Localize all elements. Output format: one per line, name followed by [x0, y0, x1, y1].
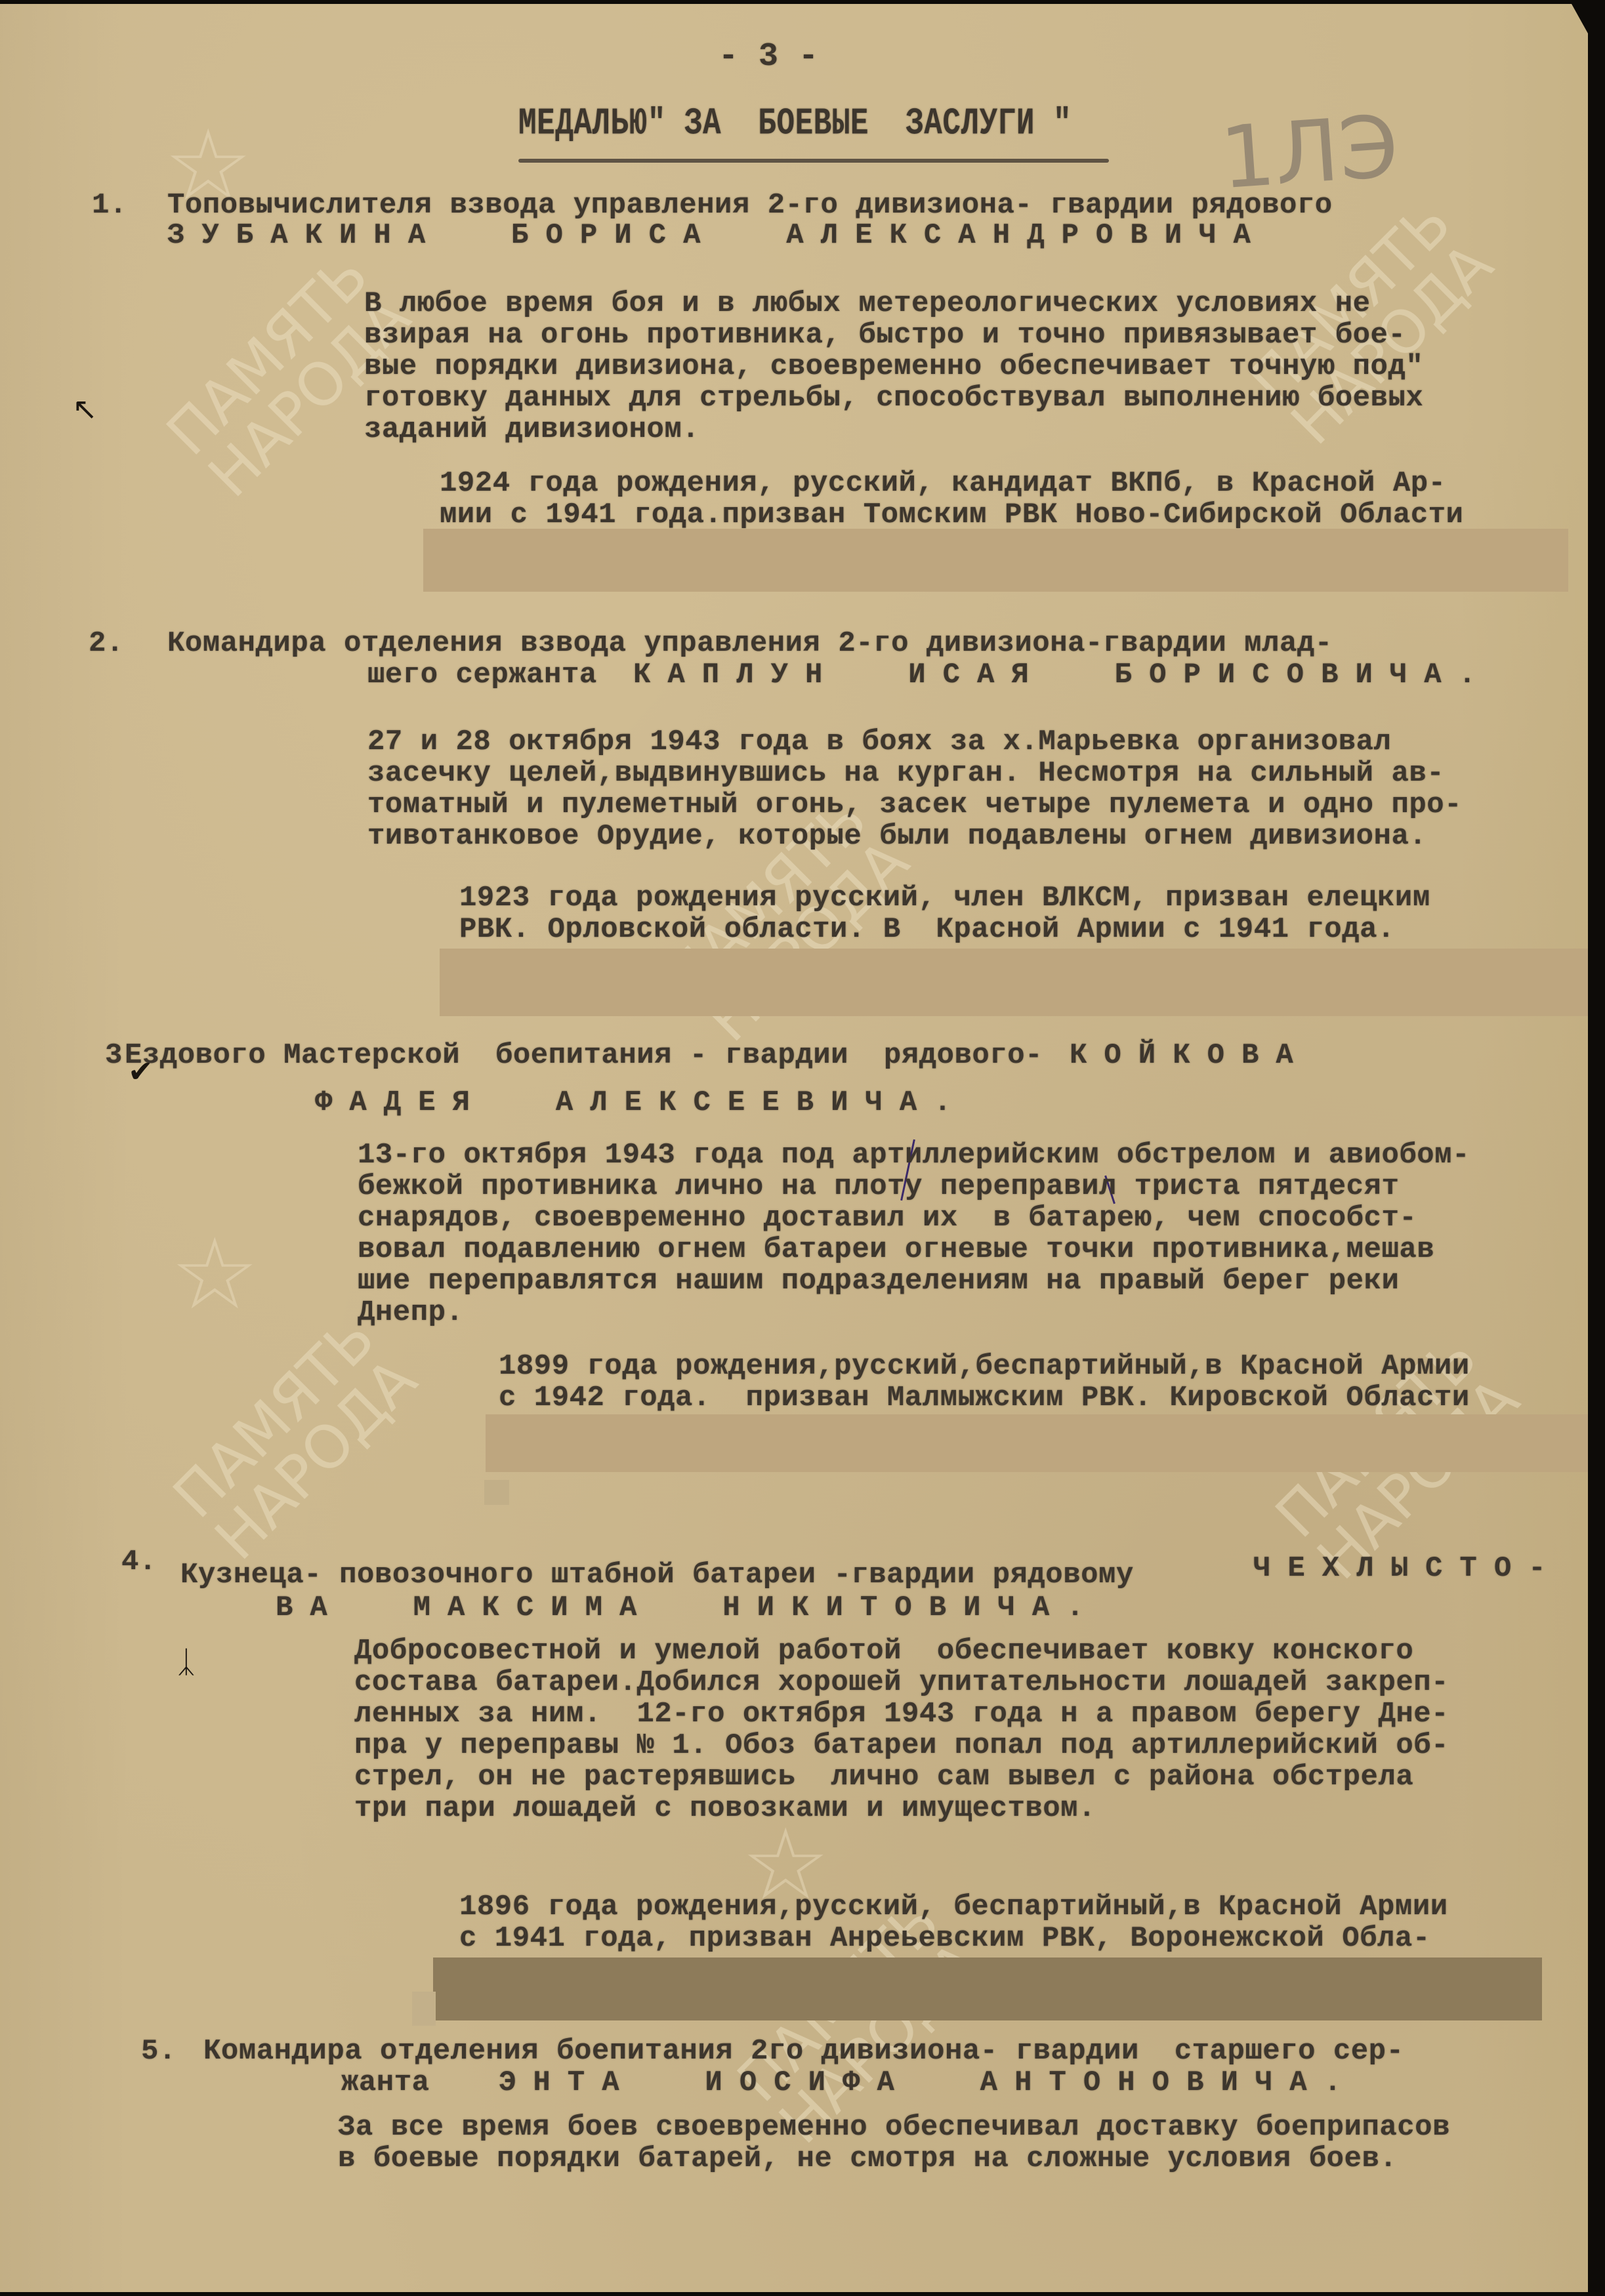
redaction-bar [423, 529, 1568, 592]
redaction-bar [486, 1414, 1588, 1472]
document-page: ☆ ПАМЯТЬ НАРОДА ПАМЯТЬ НАРОДА ПАМЯТЬ НАР… [0, 4, 1588, 2292]
entry-number: 4. [121, 1546, 157, 1578]
entry-name: ЭНТА ИОСИФА АНТОНОВИЧА. [499, 2066, 1358, 2099]
entry-number: 5. [141, 2035, 177, 2068]
entry-name-line1: КОЙКОВА [1070, 1039, 1310, 1072]
watermark-star-icon: ☆ [171, 1218, 259, 1332]
entry-name: КАПЛУН ИСАЯ БОРИСОВИЧА. [633, 659, 1493, 691]
redaction-bar [433, 1958, 1542, 2020]
redaction-bar [484, 1480, 509, 1505]
entry-rank: Командира отделения взвода управления 2-… [167, 627, 1333, 660]
entry-name: ФАДЕЯ АЛЕКСЕЕВИЧА. [315, 1086, 969, 1119]
entry-rank: Командира отделения боепитания 2го дивиз… [203, 2035, 1404, 2068]
redaction-bar [440, 949, 1588, 1016]
margin-mark: ↖ [72, 391, 98, 426]
entry-number: 3 [105, 1039, 123, 1072]
redaction-bar [412, 1992, 436, 2026]
entry-name: ЗУБАКИНА БОРИСА АЛЕКСАНДРОВИЧА [167, 219, 1268, 252]
entry-name: ВА МАКСИМА НИКИТОВИЧА. [276, 1591, 1101, 1624]
entry-rank: Кузнеца- повозочного штабной батареи -гв… [180, 1559, 1134, 1591]
title-underline [518, 159, 1109, 163]
page-title: МЕДАЛЬЮ" ЗА БОЕВЫЕ ЗАСЛУГИ " [518, 102, 1072, 145]
margin-mark: ᛣ [177, 1644, 196, 1679]
entry-name-line1: ЧЕХЛЫСТО- [1253, 1552, 1563, 1585]
entry-rank: Ездового Мастерской боепитания - гвардии… [125, 1039, 1043, 1072]
entry-number: 2. [89, 627, 124, 660]
page-number: - 3 - [719, 38, 819, 75]
entry-rank: жанта [341, 2066, 430, 2099]
watermark: ПАМЯТЬ НАРОДА [164, 1307, 427, 1570]
entry-number: 1. [92, 189, 127, 222]
entry-rank: шего сержанта [367, 659, 597, 691]
entry-rank: Топовычислителя взвода управления 2-го д… [167, 189, 1333, 222]
